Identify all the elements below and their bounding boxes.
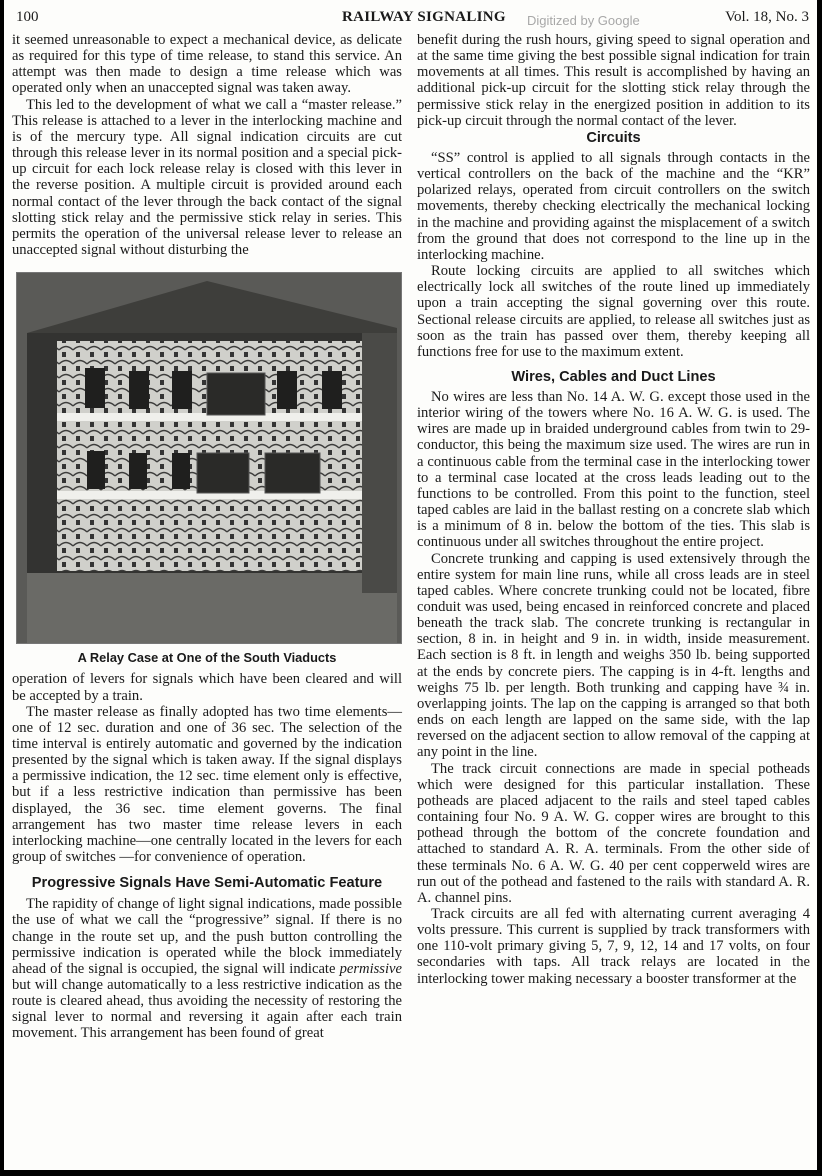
emphasis-text: permissive: [340, 961, 402, 977]
figure-caption: A Relay Case at One of the South Viaduct…: [12, 650, 402, 666]
relay-case-photo: [16, 272, 402, 644]
document-page: 100 RAILWAY SIGNALING Digitized by Googl…: [4, 0, 817, 1170]
paragraph: The master release as finally adopted ha…: [12, 704, 402, 866]
paragraph: operation of levers for signals which ha…: [12, 671, 402, 703]
journal-title: RAILWAY SIGNALING: [342, 9, 506, 26]
right-column: benefit during the rush hours, giving sp…: [417, 32, 810, 987]
paragraph: “SS” control is applied to all signals t…: [417, 150, 810, 263]
paragraph: benefit during the rush hours, giving sp…: [417, 32, 810, 129]
volume-issue: Vol. 18, No. 3: [725, 9, 809, 26]
paragraph: it seemed unreasonable to expect a mecha…: [12, 32, 402, 97]
paragraph: The track circuit connections are made i…: [417, 761, 810, 906]
section-heading: Wires, Cables and Duct Lines: [417, 369, 810, 386]
page-number: 100: [16, 9, 39, 26]
digitized-watermark: Digitized by Google: [527, 13, 640, 28]
left-column: it seemed unreasonable to expect a mecha…: [12, 32, 402, 1042]
paragraph: Track circuits are all fed with alternat…: [417, 906, 810, 987]
section-heading: Progressive Signals Have Semi-Automatic …: [12, 875, 402, 892]
paragraph: The rapidity of change of light signal i…: [12, 896, 402, 1041]
paragraph: No wires are less than No. 14 A. W. G. e…: [417, 389, 810, 551]
running-header: 100 RAILWAY SIGNALING Digitized by Googl…: [12, 6, 809, 26]
paragraph: Concrete trunking and capping is used ex…: [417, 551, 810, 761]
paragraph: Route locking circuits are applied to al…: [417, 263, 810, 360]
section-heading: Circuits: [417, 130, 810, 147]
paragraph: This led to the development of what we c…: [12, 97, 402, 259]
text-run: but will change automatically to a less …: [12, 977, 402, 1041]
relay-case-photo-illustration: [17, 273, 401, 643]
